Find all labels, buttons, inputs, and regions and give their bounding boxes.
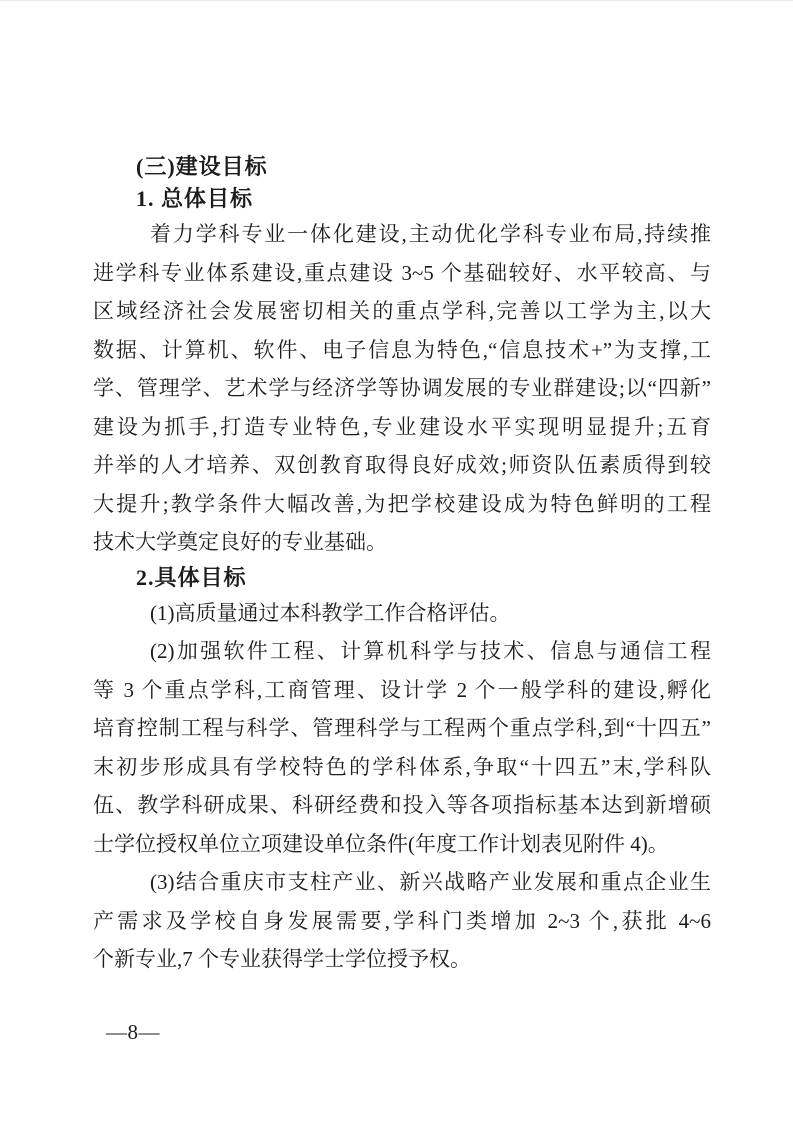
- text-line: 建设为抓手,打造专业特色,专业建设水平实现明显提升;五育: [93, 408, 711, 447]
- text-line: 数据、计算机、软件、电子信息为特色,“信息技术+”为支撑,工: [93, 331, 711, 370]
- text-line: 伍、教学科研成果、科研经费和投入等各项指标基本达到新增硕: [93, 786, 711, 825]
- paragraph-item-3: (3)结合重庆市支柱产业、新兴战略产业发展和重点企业生 产需求及学校自身发展需要…: [93, 863, 711, 979]
- text-line: 并举的人才培养、双创教育取得良好成效;师资队伍素质得到较: [93, 446, 711, 485]
- text-line: 学、管理学、艺术学与经济学等协调发展的专业群建设;以“四新”: [93, 369, 711, 408]
- paragraph-overall-goal: 着力学科专业一体化建设,主动优化学科专业布局,持续推 进学科专业体系建设,重点建…: [93, 215, 711, 562]
- text-line: 培育控制工程与科学、管理科学与工程两个重点学科,到“十四五”: [93, 709, 711, 748]
- text-line: (2)加强软件工程、计算机科学与技术、信息与通信工程: [93, 632, 711, 671]
- text-line: 产需求及学校自身发展需要,学科门类增加 2~3 个,获批 4~6: [93, 902, 711, 941]
- text-line: (3)结合重庆市支柱产业、新兴战略产业发展和重点企业生: [93, 863, 711, 902]
- text-line: 区域经济社会发展密切相关的重点学科,完善以工学为主,以大: [93, 292, 711, 331]
- text-line: 进学科专业体系建设,重点建设 3~5 个基础较好、水平较高、与: [93, 254, 711, 293]
- text-line: (1)高质量通过本科教学工作合格评估。: [93, 594, 711, 633]
- document-page: (三)建设目标 1. 总体目标 着力学科专业一体化建设,主动优化学科专业布局,持…: [0, 0, 793, 1123]
- subsection-heading-specific-goal: 2.具体目标: [93, 562, 711, 594]
- page-number: —8—: [106, 1017, 160, 1047]
- text-line: 末初步形成具有学校特色的学科体系,争取“十四五”末,学科队: [93, 748, 711, 787]
- text-line: 大提升;教学条件大幅改善,为把学校建设成为特色鲜明的工程: [93, 485, 711, 524]
- subsection-heading-overall-goal: 1. 总体目标: [93, 183, 711, 215]
- text-line: 技术大学奠定良好的专业基础。: [93, 523, 711, 562]
- text-line: 等 3 个重点学科,工商管理、设计学 2 个一般学科的建设,孵化: [93, 671, 711, 710]
- document-body: (三)建设目标 1. 总体目标 着力学科专业一体化建设,主动优化学科专业布局,持…: [93, 151, 711, 979]
- text-line: 着力学科专业一体化建设,主动优化学科专业布局,持续推: [93, 215, 711, 254]
- text-line: 个新专业,7 个专业获得学士学位授予权。: [93, 940, 711, 979]
- paragraph-item-2: (2)加强软件工程、计算机科学与技术、信息与通信工程 等 3 个重点学科,工商管…: [93, 632, 711, 863]
- section-heading: (三)建设目标: [93, 151, 711, 183]
- paragraph-item-1: (1)高质量通过本科教学工作合格评估。: [93, 594, 711, 633]
- text-line: 士学位授权单位立项建设单位条件(年度工作计划表见附件 4)。: [93, 825, 711, 864]
